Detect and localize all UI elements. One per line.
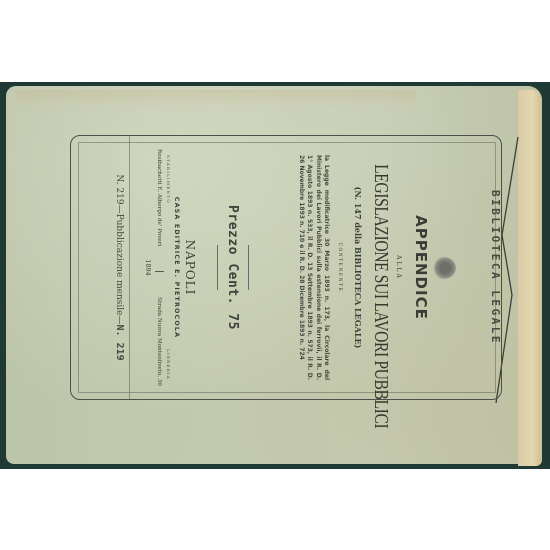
year: 1894 [144, 135, 152, 400]
rotated-title-page: BIBLIOTECA LEGALE APPENDICE ALLA LEGISLA… [70, 135, 502, 400]
coat-of-arms-icon [430, 135, 456, 400]
connector: ALLA [395, 135, 402, 400]
establishment-label: STABILIMENTO [166, 155, 171, 204]
publisher-addresses: Rosibachetti E. Albergo de' Poveri Strad… [155, 149, 164, 386]
address-separator [155, 271, 164, 272]
cover-stain [16, 90, 416, 108]
main-title: LEGISLAZIONE SUI LAVORI PUBBLICI [369, 164, 392, 371]
price: Prezzo Cent. 75 [225, 135, 240, 400]
contents-label: CONTENENTE [337, 135, 342, 400]
subtitle: (N. 147 della BIBLIOTECA LEGALE) [353, 135, 363, 400]
publication-number-prefix: N. 219—Pubblicazione mensile— [114, 174, 124, 324]
city: NAPOLI [183, 135, 197, 400]
divider [248, 245, 249, 290]
divider [129, 135, 130, 400]
heading: APPENDICE [412, 135, 430, 400]
contents-text: la Legge modificatrice 30 Marzo 1893 n. … [297, 155, 330, 380]
publisher: CASA EDITRICE E. PIETROCOLA [173, 135, 180, 400]
bookshop-label: LIBRERIA [166, 349, 171, 380]
publication-number: N. 219 [114, 325, 125, 361]
publisher-labels: STABILIMENTO LIBRERIA [166, 155, 171, 380]
establishment-address: Rosibachetti E. Albergo de' Poveri [157, 149, 163, 246]
bookshop-address: Strada Nuova Monteoliveto, 30 [157, 297, 163, 386]
divider [217, 245, 218, 290]
series-title: BIBLIOTECA LEGALE [489, 135, 502, 400]
publication-number-line: N. 219—Pubblicazione mensile—N. 219 [114, 135, 125, 400]
